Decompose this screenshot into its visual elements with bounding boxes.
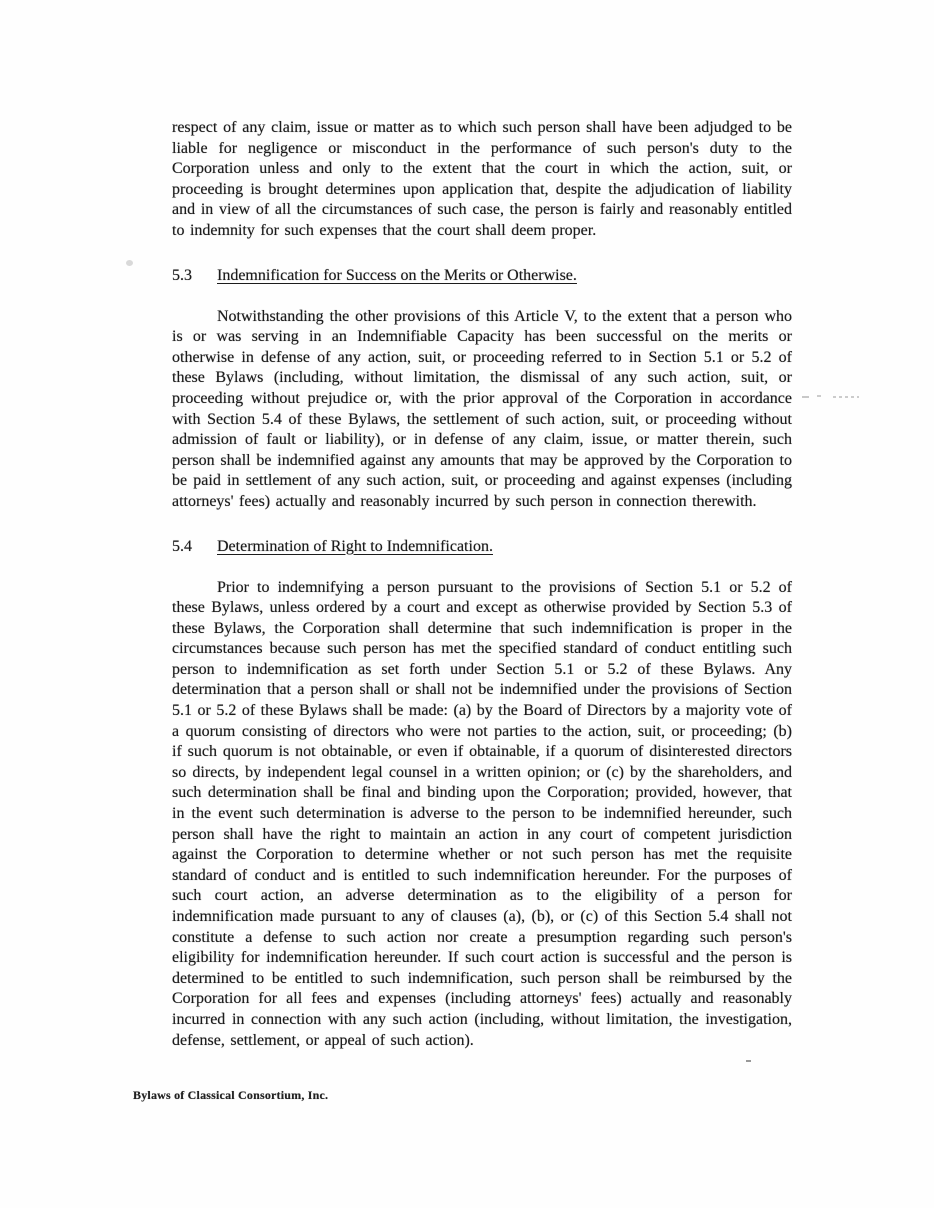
scan-artifact-dot [746, 1060, 751, 1062]
scanned-document-page: respect of any claim, issue or matter as… [0, 0, 934, 1208]
page-footer: Bylaws of Classical Consortium, Inc. [133, 1088, 328, 1103]
section-body-5-3: Notwithstanding the other provisions of … [172, 307, 792, 513]
section-heading-5-3: 5.3Indemnification for Success on the Me… [172, 265, 792, 286]
section-body-5-4: Prior to indemnifying a person pursuant … [172, 578, 792, 1052]
document-content: respect of any claim, issue or matter as… [172, 118, 792, 1051]
section-number-5-3: 5.3 [172, 265, 217, 286]
intro-paragraph-continuation: respect of any claim, issue or matter as… [172, 118, 792, 242]
section-number-5-4: 5.4 [172, 536, 217, 557]
scan-artifact-dash [817, 395, 821, 397]
scan-artifact-dotted-line [833, 396, 859, 398]
section-title-5-3: Indemnification for Success on the Merit… [217, 267, 577, 284]
section-title-5-4: Determination of Right to Indemnificatio… [217, 538, 493, 555]
scan-artifact-dash [802, 396, 809, 398]
section-heading-5-4: 5.4Determination of Right to Indemnifica… [172, 536, 792, 557]
scan-artifact-smudge [126, 260, 133, 266]
